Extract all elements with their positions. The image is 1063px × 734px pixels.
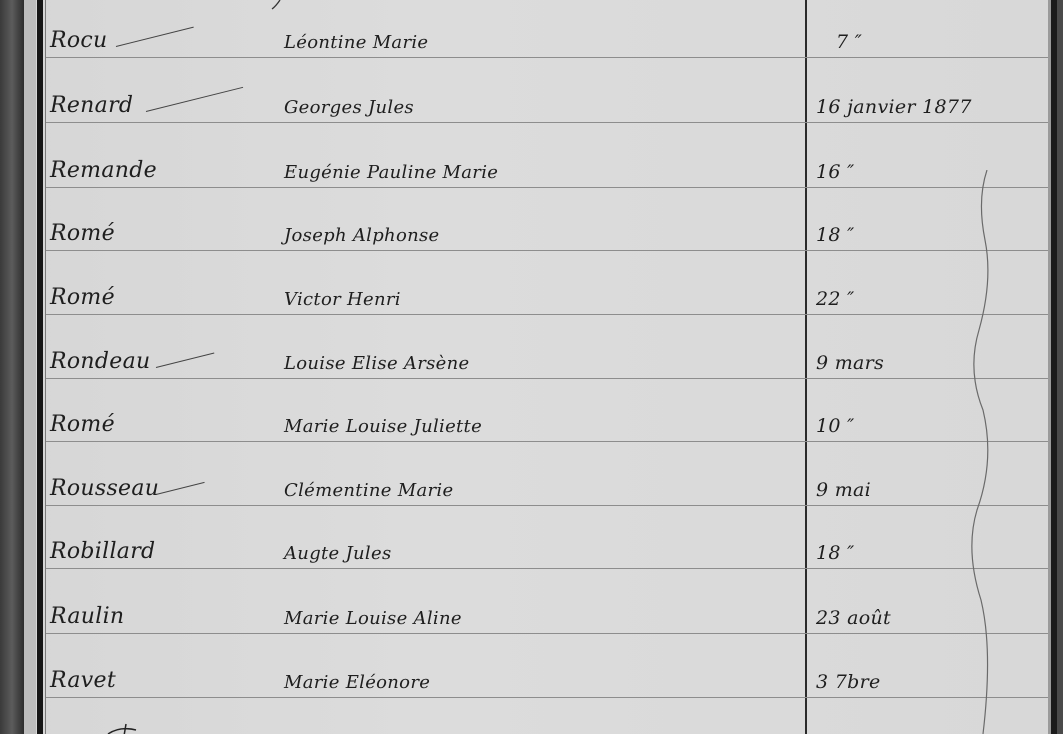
register-entry: Romé Joseph Alphonse 18 ″ [46, 210, 1048, 250]
entry-given-names: Victor Henri [284, 289, 401, 310]
entry-date: 3 7bre [816, 671, 881, 693]
entry-surname: Rondeau [50, 349, 150, 374]
entry-given-names: Joseph Alphonse [284, 225, 439, 246]
entry-given-names: Georges Jules [284, 97, 414, 118]
entry-date: 16 janvier 1877 [816, 96, 972, 118]
entry-given-names: Marie Louise Juliette [284, 416, 482, 437]
register-entry: Robillard Augte Jules 18 ″ [46, 528, 1048, 568]
entry-given-names: Augte Jules [284, 543, 391, 564]
partial-capital-r-stroke [106, 722, 146, 734]
entry-date: 7 ″ [836, 31, 862, 53]
entry-surname: Ravet [50, 668, 116, 693]
grouping-bracket [955, 170, 995, 734]
register-entry: Romé Marie Louise Juliette 10 ″ [46, 401, 1048, 441]
ruled-line [46, 122, 1048, 123]
register-entry-partial [46, 714, 1048, 734]
ruled-line [46, 568, 1048, 569]
surname-flourish [116, 27, 194, 47]
entry-given-names: Marie Eléonore [284, 672, 430, 693]
ruled-line [46, 250, 1048, 251]
entry-date: 23 août [816, 607, 891, 629]
register-entry: Rondeau Louise Elise Arsène 9 mars [46, 338, 1048, 378]
register-page: Rocu Léontine Marie 7 ″ Renard Georges J… [0, 0, 1063, 734]
entry-surname: Remande [50, 158, 157, 183]
ruled-line [46, 378, 1048, 379]
entry-given-names: Eugénie Pauline Marie [284, 162, 498, 183]
register-entry: Ravet Marie Eléonore 3 7bre [46, 657, 1048, 697]
surname-flourish [146, 87, 243, 112]
surname-flourish [156, 352, 214, 367]
surname-flourish [156, 482, 205, 495]
register-entry: Renard Georges Jules 16 janvier 1877 [46, 82, 1048, 122]
entry-surname: Rocu [50, 28, 108, 53]
entry-given-names: Léontine Marie [284, 32, 428, 53]
entry-date: 10 ″ [816, 415, 855, 437]
entry-date: 9 mars [816, 352, 884, 374]
register-entry: Raulin Marie Louise Aline 23 août [46, 593, 1048, 633]
left-binding-shadow [0, 0, 24, 734]
entry-date: 18 ″ [816, 542, 855, 564]
entry-date: 16 ″ [816, 161, 855, 183]
register-entry: Remande Eugénie Pauline Marie 16 ″ [46, 147, 1048, 187]
entry-surname: Romé [50, 221, 115, 246]
left-margin-strip [24, 0, 36, 734]
entry-date: 18 ″ [816, 224, 855, 246]
ruled-line [46, 187, 1048, 188]
entry-surname: Rousseau [50, 476, 159, 501]
entry-surname: Romé [50, 285, 115, 310]
entry-given-names: Marie Louise Aline [284, 608, 462, 629]
ruled-line [46, 505, 1048, 506]
entry-date: 22 ″ [816, 288, 855, 310]
ruled-line [46, 314, 1048, 315]
entry-given-names: Louise Elise Arsène [284, 353, 469, 374]
entry-surname: Raulin [50, 604, 124, 629]
left-border-rule [37, 0, 43, 734]
ruled-line [46, 441, 1048, 442]
ruled-line [46, 697, 1048, 698]
ruled-line [46, 633, 1048, 634]
entry-surname: Renard [50, 93, 133, 118]
right-border-rule [1048, 0, 1063, 734]
register-entry: Rocu Léontine Marie 7 ″ [46, 17, 1048, 57]
top-pen-stroke [270, 0, 284, 10]
entry-given-names: Clémentine Marie [284, 480, 453, 501]
register-entry: Romé Victor Henri 22 ″ [46, 274, 1048, 314]
entry-surname: Romé [50, 412, 115, 437]
entry-surname: Robillard [50, 539, 155, 564]
ruled-line [46, 57, 1048, 58]
register-entry: Rousseau Clémentine Marie 9 mai [46, 465, 1048, 505]
entry-date: 9 mai [816, 479, 871, 501]
